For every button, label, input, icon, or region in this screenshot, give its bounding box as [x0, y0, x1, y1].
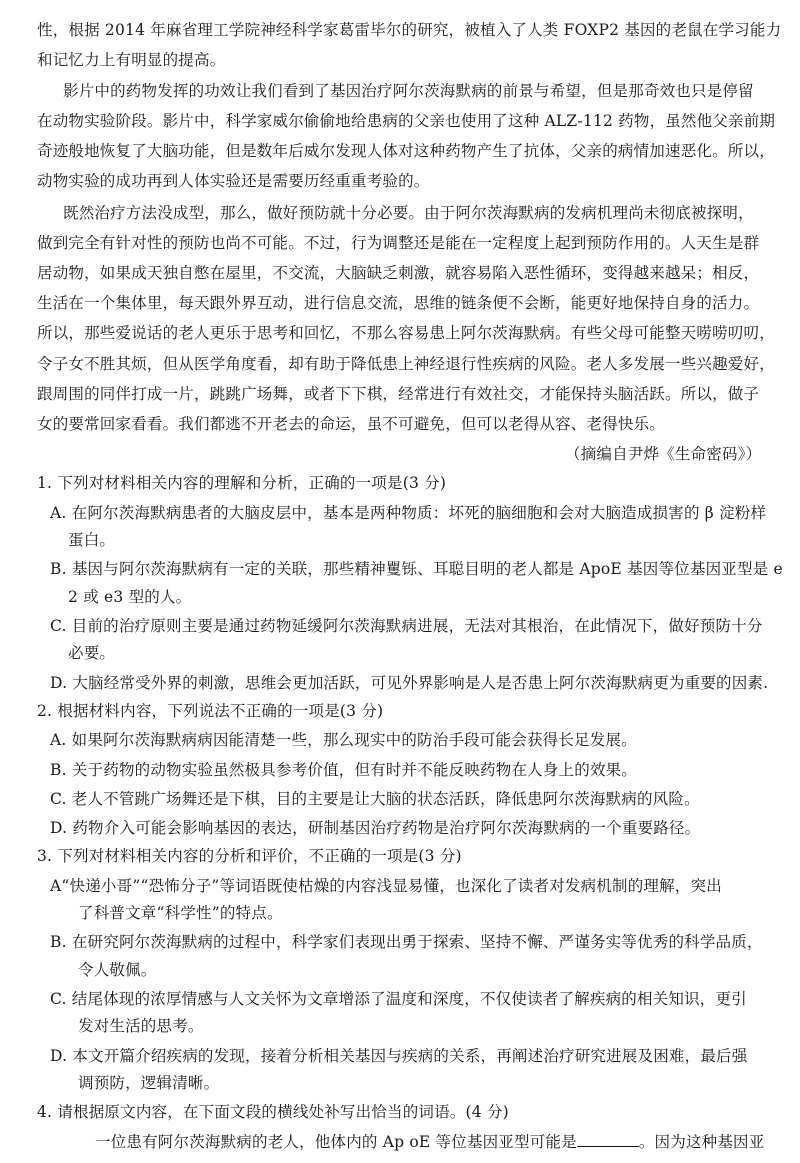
answer-option: D. 药物介入可能会影响基因的表达，研制基因治疗药物是治疗阿尔茨海默病的一个重要…	[50, 818, 700, 838]
fill-in-sentence: 一位患有阿尔茨海默病的老人，他体内的 Ap oE 等位基因亚型可能是。因为这种基…	[95, 1132, 764, 1152]
passage-line: 跟周围的同伴打成一片，跳跳广场舞，或者下下棋，经常进行有效社交，才能保持头脑活跃…	[37, 384, 759, 404]
answer-option: C. 老人不管跳广场舞还是下棋，目的主要是让大脑的状态活跃，降低患阿尔茨海默病的…	[50, 789, 700, 809]
question-stem: 2. 根据材料内容，下列说法不正确的一项是(3 分)	[37, 701, 383, 721]
answer-option: A“快递小哥”“恐怖分子”等词语既使枯燥的内容浅显易懂，也深化了读者对发病机制的…	[50, 876, 722, 896]
passage-line: 影片中的药物发挥的功效让我们看到了基因治疗阿尔茨海默病的前景与希望，但是那奇效也…	[63, 81, 754, 101]
passage-line: 所以，那些爱说话的老人更乐于思考和回忆，不那么容易患上阿尔茨海默病。有些父母可能…	[37, 323, 775, 343]
answer-option: B. 关于药物的动物实验虽然极具参考价值，但有时并不能反映药物在人身上的效果。	[50, 760, 637, 780]
passage-line: 奇迹般地恢复了大脑功能，但是数年后威尔发现人体对这种药物产生了抗体，父亲的病情加…	[37, 141, 775, 161]
answer-option: D. 本文开篇介绍疾病的发现，接着分析相关基因与疾病的关系，再阐述治疗研究进展及…	[50, 1046, 747, 1066]
passage-line: 做到完全有针对性的预防也尚不可能。不过，行为调整还是能在一定程度上起到预防作用的…	[37, 233, 759, 253]
question-stem: 4. 请根据原文内容，在下面文段的横线处补写出恰当的词语。(4 分)	[37, 1102, 509, 1122]
answer-option: D. 大脑经常受外界的刺激，思维会更加活跃，可见外界影响是人是否患上阿尔茨海默病…	[50, 673, 768, 693]
answer-option: A. 如果阿尔茨海默病病因能清楚一些，那么现实中的防治手段可能会获得长足发展。	[50, 730, 637, 750]
passage-line: 和记忆力上有明显的提高。	[37, 50, 225, 70]
answer-option: 蛋白。	[68, 530, 115, 550]
sentence-before-blank: 一位患有阿尔茨海默病的老人，他体内的 Ap oE 等位基因亚型可能是	[95, 1133, 577, 1151]
answer-option: C. 结尾体现的浓厚情感与人文关怀为文章增添了温度和深度，不仅使读者了解疾病的相…	[50, 989, 747, 1009]
passage-line: 动物实验的成功再到人体实验还是需要历经重重考验的。	[37, 171, 430, 191]
answer-option: 必要。	[68, 643, 115, 663]
passage-line: 令子女不胜其烦，但从医学角度看，却有助于降低患上神经退行性疾病的风险。老人多发展…	[37, 354, 775, 374]
answer-blank[interactable]	[577, 1132, 639, 1147]
sentence-after-blank: 。因为这种基因亚	[639, 1133, 765, 1151]
answer-option: 令人敬佩。	[78, 960, 157, 980]
answer-option: 发对生活的思考。	[78, 1016, 204, 1036]
answer-option: 了科普文章“科学性”的特点。	[78, 903, 283, 923]
passage-line: 居动物，如果成天独自憋在屋里，不交流，大脑缺乏刺激，就容易陷入恶性循环，变得越来…	[37, 263, 759, 283]
answer-option: B. 基因与阿尔茨海默病有一定的关联，那些精神矍铄、耳聪目明的老人都是 ApoE…	[50, 559, 783, 579]
answer-option: 2 或 e3 型的人。	[68, 587, 191, 607]
passage-line: 既然治疗方法没成型，那么，做好预防就十分必要。由于阿尔茨海默病的发病机理尚未彻底…	[63, 203, 754, 223]
passage-line: 生活在一个集体里，每天跟外界互动，进行信息交流，思维的链条便不会断，能更好地保持…	[37, 293, 759, 313]
answer-option: A. 在阿尔茨海默病患者的大脑皮层中，基本是两种物质：坏死的脑细胞和会对大脑造成…	[50, 503, 766, 523]
answer-option: 调预防，逻辑清晰。	[78, 1073, 219, 1093]
answer-option: C. 目前的治疗原则主要是通过药物延缓阿尔茨海默病进展，无法对其根治，在此情况下…	[50, 616, 763, 636]
answer-option: B. 在研究阿尔茨海默病的过程中，科学家们表现出勇于探索、坚持不懈、严谨务实等优…	[50, 932, 763, 952]
passage-line: 女的要常回家看看。我们都逃不开老去的命运，虽不可避免，但可以老得从容、老得快乐。	[37, 414, 665, 434]
passage-line: 性，根据 2014 年麻省理工学院神经科学家葛雷毕尔的研究，被植入了人类 FOX…	[37, 20, 781, 40]
source-citation: （摘编自尹烨《生命密码》）	[565, 444, 761, 464]
question-stem: 3. 下列对材料相关内容的分析和评价，不正确的一项是(3 分)	[37, 846, 462, 866]
passage-line: 在动物实验阶段。影片中，科学家威尔偷偷地给患病的父亲也使用了这种 ALZ-112…	[37, 111, 775, 131]
question-stem: 1. 下列对材料相关内容的理解和分析，正确的一项是(3 分)	[37, 473, 446, 493]
